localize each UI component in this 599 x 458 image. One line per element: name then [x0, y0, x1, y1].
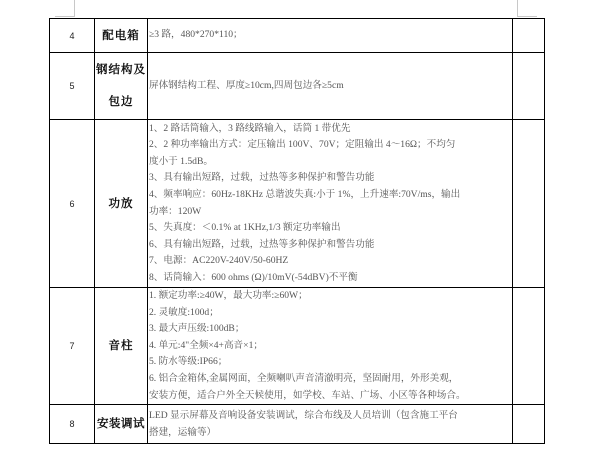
- spec-line: 3. 最大声压级:100dB；: [149, 321, 512, 338]
- table-row: 8 安装调试 LED 显示屏幕及音响设备安装调试，综合布线及人员培训（包含施工平…: [50, 405, 545, 444]
- spec-line: 2、2 种功率输出方式：定压输出 100V、70V；定阻输出 4～16Ω；不均匀: [149, 137, 512, 154]
- spec-line: 功率：120W: [149, 204, 512, 221]
- item-spec: ≥3 路，480*270*110；: [148, 19, 513, 53]
- remark-cell: [513, 288, 545, 405]
- spec-line: 6. 铝合金箱体,金属网面，全频喇叭声音清澈明亮，坚固耐用，外形美观，: [149, 371, 512, 388]
- spec-line: 8、话筒输入：600 ohms (Ω)/10mV(-54dBV)不平衡: [149, 270, 512, 287]
- row-number: 7: [50, 288, 95, 405]
- page-corner-mark-right-vertical: [517, 0, 518, 17]
- spec-line: 屏体钢结构工程、厚度≥10cm,四周包边各≥5cm: [149, 78, 512, 95]
- spec-line: 搭建，运输等）: [149, 424, 512, 441]
- item-spec: LED 显示屏幕及音响设备安装调试，综合布线及人员培训（包含施工平台 搭建，运输…: [148, 405, 513, 444]
- item-name-line: 钢结构及: [95, 54, 147, 86]
- table-row: 4 配电箱 ≥3 路，480*270*110；: [50, 19, 545, 53]
- remark-cell: [513, 120, 545, 288]
- item-spec: 屏体钢结构工程、厚度≥10cm,四周包边各≥5cm: [148, 53, 513, 120]
- spec-line: 5、失真度：＜0.1% at 1KHz,1/3 额定功率输出: [149, 220, 512, 237]
- page-corner-mark-left-horizontal: [55, 16, 75, 17]
- table-row: 6 功放 1、2 路话筒输入，3 路线路输入，话筒 1 带优先 2、2 种功率输…: [50, 120, 545, 288]
- item-spec: 1. 额定功率:≥40W，最大功率:≥60W； 2. 灵敏度:100d； 3. …: [148, 288, 513, 405]
- spec-line: ≥3 路，480*270*110；: [149, 27, 512, 44]
- spec-line: 1、2 路话筒输入，3 路线路输入，话筒 1 带优先: [149, 121, 512, 138]
- table-row: 7 音柱 1. 额定功率:≥40W，最大功率:≥60W； 2. 灵敏度:100d…: [50, 288, 545, 405]
- spec-line: 1. 额定功率:≥40W，最大功率:≥60W；: [149, 288, 512, 305]
- spec-line: 度小于 1.5dB。: [149, 154, 512, 171]
- spec-line: 3、具有输出短路，过载，过热等多种保护和警告功能: [149, 170, 512, 187]
- spec-line: 6、具有输出短路，过载，过热等多种保护和警告功能: [149, 237, 512, 254]
- spec-line: 4. 单元:4"全频×4+高音×1；: [149, 338, 512, 355]
- spec-line: 安装方便，适合户外全天候使用，如学校、车站、广场、小区等各种场合。: [149, 388, 512, 405]
- row-number: 4: [50, 19, 95, 53]
- spec-line: 7、电源：AC220V-240V/50-60HZ: [149, 253, 512, 270]
- spec-line: LED 显示屏幕及音响设备安装调试，综合布线及人员培训（包含施工平台: [149, 407, 512, 424]
- item-name: 钢结构及 包边: [95, 53, 148, 120]
- spec-table: 4 配电箱 ≥3 路，480*270*110； 5 钢结构及 包边 屏体钢结构工…: [49, 18, 545, 444]
- item-name: 音柱: [95, 288, 148, 405]
- remark-cell: [513, 19, 545, 53]
- item-name: 配电箱: [95, 19, 148, 53]
- row-number: 5: [50, 53, 95, 120]
- remark-cell: [513, 405, 545, 444]
- item-name-line: 包边: [95, 86, 147, 118]
- item-spec: 1、2 路话筒输入，3 路线路输入，话筒 1 带优先 2、2 种功率输出方式：定…: [148, 120, 513, 288]
- page-corner-mark-right-horizontal: [517, 16, 537, 17]
- row-number: 8: [50, 405, 95, 444]
- item-name: 功放: [95, 120, 148, 288]
- item-name: 安装调试: [95, 405, 148, 444]
- spec-line: 5. 防水等级:IP66；: [149, 354, 512, 371]
- row-number: 6: [50, 120, 95, 288]
- table-row: 5 钢结构及 包边 屏体钢结构工程、厚度≥10cm,四周包边各≥5cm: [50, 53, 545, 120]
- page-corner-mark-left-vertical: [74, 0, 75, 17]
- spec-line: 2. 灵敏度:100d；: [149, 305, 512, 322]
- remark-cell: [513, 53, 545, 120]
- spec-line: 4、频率响应：60Hz-18KHz 总谐波失真:小于 1%，上升速率:70V/m…: [149, 187, 512, 204]
